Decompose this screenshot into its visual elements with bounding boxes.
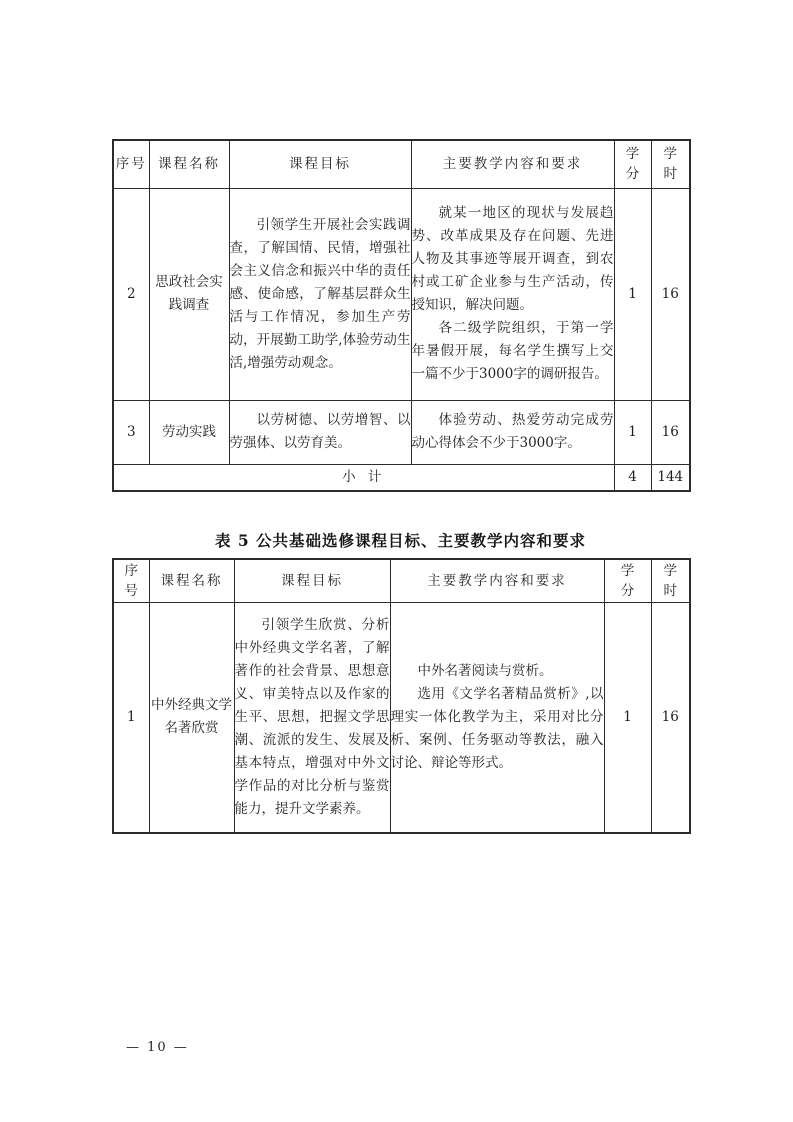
table-row: 2 思政社会实践调查 引领学生开展社会实践调查，了解国情、民情，增强社会主义信念… xyxy=(113,188,690,400)
header-hours: 学时 xyxy=(651,559,690,602)
header-hours-label: 学时 xyxy=(663,561,678,601)
row-hours: 16 xyxy=(651,188,690,400)
header-credit-label: 学分 xyxy=(625,144,640,184)
row-objective: 以劳树德、以劳增智、以劳强体、以劳育美。 xyxy=(229,400,411,464)
objective-paragraph: 引领学生开展社会实践调查，了解国情、民情，增强社会主义信念和振兴中华的责任感、使… xyxy=(230,214,411,375)
subtotal-label: 小 计 xyxy=(113,464,614,491)
table-header-row: 序号 课程名称 课程目标 主要教学内容和要求 学分 学时 xyxy=(113,140,690,188)
elective-courses-table: 序号 课程名称 课程目标 主要教学内容和要求 学分 学时 1 中外经典文学名著欣… xyxy=(112,558,691,834)
objective-paragraph: 引领学生欣赏、分析中外经典文学名著，了解著作的社会背景、思想意义、审美特点以及作… xyxy=(235,614,390,821)
row-content: 就某一地区的现状与发展趋势、改革成果及存在问题、先进人物及其事迹等展开调查，到农… xyxy=(411,188,614,400)
table-header-row: 序号 课程名称 课程目标 主要教学内容和要求 学分 学时 xyxy=(113,559,690,602)
table5-caption: 表 5 公共基础选修课程目标、主要教学内容和要求 xyxy=(112,529,689,551)
row-course-name: 劳动实践 xyxy=(149,400,229,464)
header-credit: 学分 xyxy=(614,140,651,188)
header-objective: 课程目标 xyxy=(234,559,390,602)
header-seq: 序号 xyxy=(113,140,149,188)
document-page: 序号 课程名称 课程目标 主要教学内容和要求 学分 学时 2 思政社会实践调查 … xyxy=(0,0,793,1122)
row-hours: 16 xyxy=(651,602,690,833)
header-credit: 学分 xyxy=(604,559,651,602)
header-hours-label: 学时 xyxy=(663,144,678,184)
header-hours: 学时 xyxy=(651,140,690,188)
objective-paragraph: 以劳树德、以劳增智、以劳强体、以劳育美。 xyxy=(230,409,411,455)
row-credit: 1 xyxy=(604,602,651,833)
header-objective: 课程目标 xyxy=(229,140,411,188)
row-objective: 引领学生欣赏、分析中外经典文学名著，了解著作的社会背景、思想意义、审美特点以及作… xyxy=(234,602,390,833)
header-course-name: 课程名称 xyxy=(149,559,234,602)
subtotal-row: 小 计 4 144 xyxy=(113,464,690,491)
header-seq-label: 序号 xyxy=(124,561,139,601)
page-number: — 10 — xyxy=(126,1040,189,1055)
table-row: 1 中外经典文学名著欣赏 引领学生欣赏、分析中外经典文学名著，了解著作的社会背景… xyxy=(113,602,690,833)
row-objective: 引领学生开展社会实践调查，了解国情、民情，增强社会主义信念和振兴中华的责任感、使… xyxy=(229,188,411,400)
row-credit: 1 xyxy=(614,188,651,400)
header-course-name: 课程名称 xyxy=(149,140,229,188)
row-credit: 1 xyxy=(614,400,651,464)
row-seq: 1 xyxy=(113,602,149,833)
header-content: 主要教学内容和要求 xyxy=(390,559,604,602)
row-content: 中外名著阅读与赏析。 选用《文学名著精品赏析》,以理实一体化教学为主，采用对比分… xyxy=(390,602,604,833)
content-paragraph: 体验劳动、热爱劳动完成劳动心得体会不少于3000字。 xyxy=(412,409,614,455)
content-paragraph: 各二级学院组织，于第一学年暑假开展，每名学生撰写上交一篇不少于3000字的调研报… xyxy=(412,317,614,386)
row-course-name: 思政社会实践调查 xyxy=(149,188,229,400)
header-seq: 序号 xyxy=(113,559,149,602)
row-hours: 16 xyxy=(651,400,690,464)
row-content: 体验劳动、热爱劳动完成劳动心得体会不少于3000字。 xyxy=(411,400,614,464)
header-content: 主要教学内容和要求 xyxy=(411,140,614,188)
row-seq: 3 xyxy=(113,400,149,464)
subtotal-hours: 144 xyxy=(651,464,690,491)
content-paragraph: 中外名著阅读与赏析。 xyxy=(391,660,604,683)
content-paragraph: 就某一地区的现状与发展趋势、改革成果及存在问题、先进人物及其事迹等展开调查，到农… xyxy=(412,202,614,317)
subtotal-credit: 4 xyxy=(614,464,651,491)
table-row: 3 劳动实践 以劳树德、以劳增智、以劳强体、以劳育美。 体验劳动、热爱劳动完成劳… xyxy=(113,400,690,464)
row-seq: 2 xyxy=(113,188,149,400)
row-course-name: 中外经典文学名著欣赏 xyxy=(149,602,234,833)
practice-courses-table: 序号 课程名称 课程目标 主要教学内容和要求 学分 学时 2 思政社会实践调查 … xyxy=(112,139,691,492)
header-credit-label: 学分 xyxy=(620,561,635,601)
content-paragraph: 选用《文学名著精品赏析》,以理实一体化教学为主，采用对比分析、案例、任务驱动等教… xyxy=(391,683,604,775)
